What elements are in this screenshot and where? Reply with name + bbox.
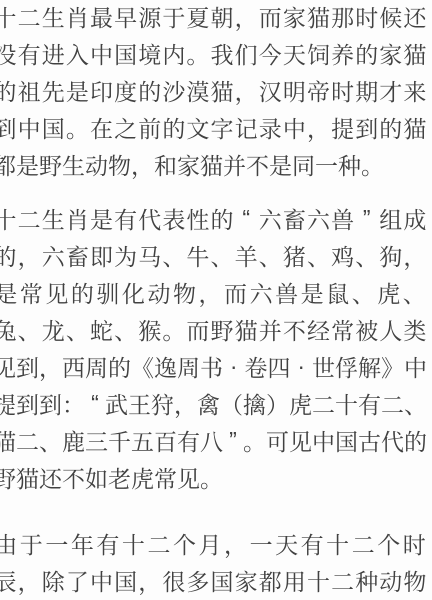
char: 是 [65,74,89,107]
text-line: 十二生肖最早源于夏朝，而家猫那时候还 [0,0,427,35]
char: 、 [350,276,376,309]
char: 、 [404,387,427,420]
char: 由 [0,527,19,560]
char: 年 [70,527,96,560]
text-line: 到中国。在之前的文字记录中，提到的猫 [0,109,427,146]
char: 中 [282,111,306,144]
char: 二 [146,527,172,560]
char: 逸 [154,350,177,383]
text-line: 的，六畜即为马、牛、羊、猪、鸡、狗， [0,237,427,274]
char: 到 [355,111,379,144]
char: 千 [108,424,131,457]
char: 、 [65,313,89,346]
char: 五 [131,424,154,457]
char: 源 [138,0,162,33]
char: 是 [299,276,325,309]
char: 鸡 [331,239,355,272]
char: 人 [379,313,403,346]
char: 生 [41,202,65,235]
char: 国 [114,564,138,597]
char: 畜 [65,239,89,272]
char: 的 [108,350,131,383]
char: 种 [338,148,361,181]
char: 六 [306,202,330,235]
char: 国 [41,111,65,144]
char: ， [17,564,41,597]
text-line: 都是野生动物，和家猫并不是同一种。 [0,146,427,183]
char: 猫 [200,148,223,181]
char: 可 [266,424,289,457]
char: 候 [379,0,403,33]
text-line: 没有进入中国境内。我们今天饲养的家猫 [0,35,427,72]
char: 的 [404,424,427,457]
char: 在 [89,111,113,144]
char: 猫 [234,313,258,346]
char: 十 [335,387,358,420]
char: 代 [138,202,162,235]
char: 前 [138,111,162,144]
char: 兔 [0,313,17,346]
char: 狗 [379,239,403,272]
char: 多 [186,564,210,597]
char: 畜 [282,202,306,235]
char: 记 [234,111,258,144]
text-line: 辰，除了中国，很多国家都用十二种动物 [0,562,427,599]
char: 到 [16,387,39,420]
char: 时 [402,527,428,560]
char: 十 [325,527,351,560]
char: 了 [65,564,89,597]
char: 的 [379,111,403,144]
char: 而 [258,0,282,33]
char: 境 [138,37,162,70]
char: 漠 [186,74,210,107]
char: 代 [381,424,404,457]
char: 一 [248,527,274,560]
char: 如 [85,461,108,494]
char: 常 [19,276,45,309]
char: 马 [138,239,162,272]
char: 中 [17,111,41,144]
char: 家 [234,564,258,597]
char: 兽 [274,276,300,309]
char: 明 [282,74,306,107]
char: 没 [0,37,17,70]
text-line: 野猫还不如老虎常见。 [0,459,427,496]
char: ， [234,0,258,33]
char: ， [17,239,41,272]
char: 猫 [306,0,330,33]
paragraph: 由于一年有十二个月，一天有十二个时辰，除了中国，很多国家都用十二种动物 [0,525,427,599]
char: 王 [128,387,151,420]
char: 鹿 [62,424,85,457]
char: 龙 [41,313,65,346]
text-line: 由于一年有十二个月，一天有十二个时 [0,525,427,562]
char: “ [234,205,258,232]
char: 先 [41,74,65,107]
char: 个 [172,527,198,560]
char: 被 [355,313,379,346]
char: 猫 [0,424,16,457]
char: 有 [17,37,41,70]
char: · [291,353,313,380]
char: 。 [162,313,186,346]
char: 生 [41,0,65,33]
char: 的 [70,276,96,309]
char: ： [62,387,85,420]
char: 文 [186,111,210,144]
char: 我 [210,37,234,70]
char: 组 [379,202,403,235]
char: 、 [355,239,379,272]
char: 见 [289,424,312,457]
char: 用 [282,564,306,597]
char: 最 [89,0,113,33]
char: · [223,353,245,380]
char: ） [266,387,289,420]
char: 俘 [335,350,358,383]
char: 的 [0,74,17,107]
char: 个 [376,527,402,560]
char: 汉 [258,74,282,107]
char: 、 [39,424,62,457]
char: 度 [114,74,138,107]
char: 猪 [282,239,306,272]
char: 早 [114,0,138,33]
char: 国 [114,37,138,70]
char: 见 [44,276,70,309]
char: 同 [292,148,315,181]
char: 有 [95,527,121,560]
char: 国 [335,424,358,457]
char: ， [403,239,427,272]
char: 鼠 [325,276,351,309]
char: 沙 [162,74,186,107]
char: 。 [200,461,223,494]
char: 夏 [186,0,210,33]
char: 不 [62,461,85,494]
char: 的 [0,239,17,272]
char: 见 [177,461,200,494]
char: 常 [154,461,177,494]
char: 、 [306,239,330,272]
char: 都 [0,148,16,181]
char: 猫 [403,37,427,70]
char: 才 [379,74,403,107]
char: 。 [243,424,266,457]
char: 那 [331,0,355,33]
char: 百 [154,424,177,457]
char: 驯 [95,276,121,309]
char: 物 [172,276,198,309]
char: 帝 [306,74,330,107]
char: 十 [0,202,17,235]
char: ， [223,527,249,560]
char: 动 [379,564,403,597]
char: 解 [358,350,381,383]
char: 兽 [331,202,355,235]
char: ， [197,276,223,309]
char: 。 [65,111,89,144]
char: 虎 [289,387,312,420]
char: 古 [358,424,381,457]
text-line: 猫二、鹿三千五百有八”。可见中国古代的 [0,422,427,459]
char: 、 [162,239,186,272]
article-text: 十二生肖最早源于夏朝，而家猫那时候还没有进入中国境内。我们今天饲养的家猫的祖先是… [0,0,427,599]
char: 三 [85,424,108,457]
char: 、 [210,239,234,272]
char: 之 [114,111,138,144]
char: 成 [403,202,427,235]
char: 常 [331,313,355,346]
char: 二 [331,564,355,597]
char: 的 [138,74,162,107]
char: ， [174,387,197,420]
char: 猫 [16,461,39,494]
text-line: 见到，西周的《逸周书·卷四·世俘解》中 [0,348,427,385]
char: 表 [162,202,186,235]
char: 二 [381,387,404,420]
char: 养 [331,37,355,70]
char: 猫 [210,74,234,107]
char: 很 [162,564,186,597]
char: 录 [258,111,282,144]
paragraph: 十二生肖最早源于夏朝，而家猫那时候还没有进入中国境内。我们今天饲养的家猫的祖先是… [0,0,427,183]
char: 野 [39,148,62,181]
char: 二 [17,202,41,235]
char: 和 [154,148,177,181]
char: 而 [186,313,210,346]
char: 十 [306,564,330,597]
char: 物 [403,564,427,597]
char: 、 [258,239,282,272]
char: 进 [41,37,65,70]
char: 是 [89,202,113,235]
char: 到 [16,350,39,383]
char: “ [85,390,105,417]
char: 朝 [210,0,234,33]
char: 的 [210,202,234,235]
char: 到 [39,387,62,420]
char: 八 [200,424,223,457]
char: 中 [89,564,113,597]
char: 四 [268,350,291,383]
char: 擒 [243,387,266,420]
char: 为 [114,239,138,272]
char: 《 [131,350,154,383]
paragraph: 十二生肖是有代表性的“六畜六兽”组成的，六畜即为马、牛、羊、猪、鸡、狗，是常见的… [0,200,427,496]
char: 禽 [197,387,220,420]
char: 西 [62,350,85,383]
char: 不 [282,313,306,346]
char: ， [234,74,258,107]
char: 天 [282,37,306,70]
char: 周 [85,350,108,383]
char: 中 [404,350,427,383]
char: 武 [105,387,128,420]
char: 是 [0,276,19,309]
char: 六 [248,276,274,309]
char: 十 [0,0,17,33]
char: 野 [0,461,16,494]
char: 是 [269,148,292,181]
char: 六 [258,202,282,235]
char: 辰 [0,564,17,597]
char: 见 [0,350,16,383]
text-line: 是常见的驯化动物，而六兽是鼠、虎、 [0,274,427,311]
char: 猫 [403,111,427,144]
char: 野 [210,313,234,346]
char: 字 [210,111,234,144]
char: 经 [306,313,330,346]
char: 是 [16,148,39,181]
char: 不 [246,148,269,181]
char: ， [131,148,154,181]
char: 虎 [131,461,154,494]
char: 、 [402,276,428,309]
char: 二 [312,387,335,420]
char: 肖 [65,0,89,33]
char: 世 [312,350,335,383]
char: 今 [258,37,282,70]
char: 一 [44,527,70,560]
char: 化 [121,276,147,309]
char: 二 [350,527,376,560]
char: 动 [85,148,108,181]
char: 二 [17,0,41,33]
char: 周 [177,350,200,383]
char: 书 [200,350,223,383]
char: 们 [234,37,258,70]
char: 牛 [186,239,210,272]
char: 虎 [376,276,402,309]
char: ， [39,350,62,383]
char: 饲 [306,37,330,70]
char: 。 [361,148,384,181]
char: 猴 [138,313,162,346]
char: 家 [282,0,306,33]
char: 二 [16,424,39,457]
char: 有 [114,202,138,235]
char: 有 [358,387,381,420]
char: 并 [258,313,282,346]
char: 有 [299,527,325,560]
char: 的 [162,111,186,144]
char: 国 [210,564,234,597]
char: 入 [65,37,89,70]
char: 肖 [65,202,89,235]
char: 》 [381,350,404,383]
char: 六 [41,239,65,272]
char: 期 [355,74,379,107]
char: 中 [89,37,113,70]
char: 提 [0,387,16,420]
char: 还 [403,0,427,33]
char: 并 [223,148,246,181]
char: 生 [62,148,85,181]
char: 性 [186,202,210,235]
char: 印 [89,74,113,107]
char: ” [355,205,379,232]
char: 月 [197,527,223,560]
text-line: 十二生肖是有代表性的“六畜六兽”组成 [0,200,427,237]
char: 种 [355,564,379,597]
char: 来 [403,74,427,107]
char: 蛇 [89,313,113,346]
char: ， [306,111,330,144]
char: 而 [223,276,249,309]
char: 即 [89,239,113,272]
char: 到 [0,111,17,144]
char: 中 [312,424,335,457]
char: （ [220,387,243,420]
char: 提 [331,111,355,144]
char: 老 [108,461,131,494]
char: 于 [162,0,186,33]
char: 。 [186,37,210,70]
char: 家 [177,148,200,181]
char: ” [223,427,243,454]
char: 卷 [245,350,268,383]
text-line: 兔、龙、蛇、猴。而野猫并不经常被人类 [0,311,427,348]
char: 家 [379,37,403,70]
char: 天 [274,527,300,560]
char: 时 [355,0,379,33]
char: 狩 [151,387,174,420]
char: 内 [162,37,186,70]
char: 时 [331,74,355,107]
char: 物 [108,148,131,181]
char: 动 [146,276,172,309]
char: 有 [177,424,200,457]
char: 于 [19,527,45,560]
char: 的 [355,37,379,70]
char: ， [138,564,162,597]
char: 一 [315,148,338,181]
char: 、 [17,313,41,346]
char: 祖 [17,74,41,107]
char: 十 [121,527,147,560]
char: 类 [403,313,427,346]
text-line: 的祖先是印度的沙漠猫，汉明帝时期才来 [0,72,427,109]
char: 都 [258,564,282,597]
text-line: 提到到：“武王狩，禽（擒）虎二十有二、 [0,385,427,422]
char: 羊 [234,239,258,272]
char: 、 [114,313,138,346]
char: 还 [39,461,62,494]
char: 除 [41,564,65,597]
